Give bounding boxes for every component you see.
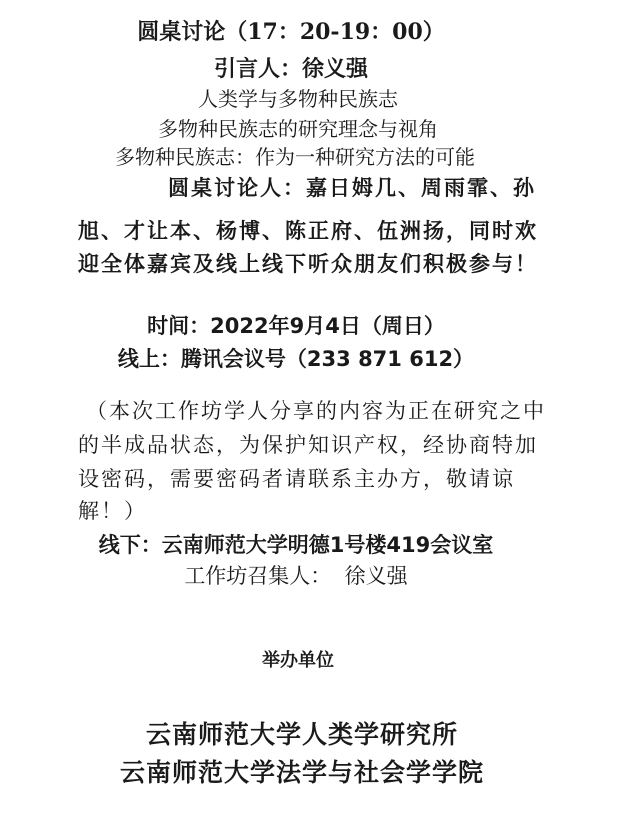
organizer-unit: 云南师范大学法学与社会学学院 [0,760,604,785]
online-value: 腾讯会议号（233 871 612） [181,347,474,371]
online-label: 线上： [118,347,181,371]
talk-topic: 多物种民族志的研究理念与视角 [0,119,596,139]
talk-topic: 多物种民族志：作为一种研究方法的可能 [0,147,590,167]
event-time: 时间：2022年9月4日（周日） [0,316,592,337]
moderator-label: 引言人： [214,57,302,82]
notice-text: 解！） [78,501,147,522]
notice-text: （本次工作坊学人分享的内容为正在研究之中 [86,401,546,422]
time-value: 2022年9月4日（周日） [210,314,445,338]
talk-topic: 人类学与多物种民族志 [0,89,596,109]
organizer-unit: 云南师范大学人类学研究所 [0,722,604,747]
offline-venue: 线下：云南师范大学明德1号楼419会议室 [0,535,592,556]
time-label: 时间： [147,314,210,338]
notice-text: 设密码，需要密码者请联系主办方，敬请谅 [78,469,515,490]
discussants-text: 圆桌讨论人：嘉日姆几、周雨霏、孙 [168,178,536,199]
discussants-text: 旭、才让本、杨博、陈正府、伍洲扬，同时欢 [78,221,538,242]
convener-label: 工作坊召集人： [184,564,331,588]
offline-label: 线下： [99,533,162,557]
moderator-name: 徐义强 [302,57,368,82]
notice-text: 的半成品状态，为保护知识产权，经协商特加 [78,435,538,456]
organizers-heading: 举办单位 [0,652,596,670]
discussants-text: 迎全体嘉宾及线上线下听众朋友们积极参与！ [78,254,538,275]
roundtable-title: 圆桌讨论（17：20-19：00） [0,21,582,43]
offline-value: 云南师范大学明德1号楼419会议室 [162,533,493,557]
moderator-line: 引言人：徐义强 [0,59,582,81]
convener: 工作坊召集人： 徐义强 [0,566,592,587]
convener-name: 徐义强 [345,564,408,588]
online-meeting: 线上：腾讯会议号（233 871 612） [0,349,592,370]
